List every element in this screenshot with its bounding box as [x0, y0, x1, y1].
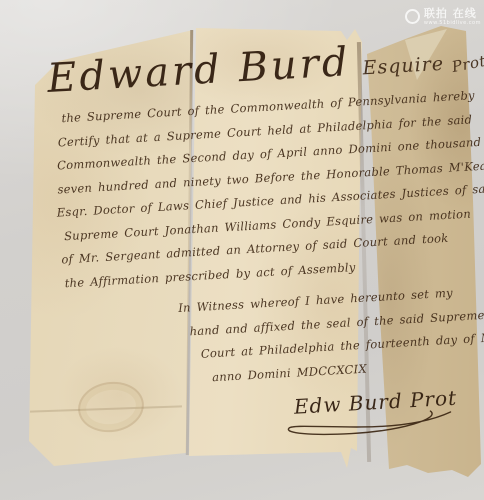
- signature: Edw Burd Prot: [293, 385, 464, 418]
- manuscript-text: Edward Burd Esquire Prothonotary of the …: [46, 33, 480, 432]
- body-paragraph: the Supreme Court of the Commonwealth of…: [49, 85, 473, 296]
- watermark-url-text: www.51bidlive.com: [424, 21, 481, 26]
- watermark: 联拍 在线 www.51bidlive.com: [405, 8, 481, 26]
- photo-of-manuscript: Edward Burd Esquire Prothonotary of the …: [0, 0, 484, 500]
- heading-name-first: Edward: [46, 46, 224, 102]
- watermark-cjk-text: 联拍 在线: [424, 8, 481, 19]
- watermark-logo-icon: [405, 9, 420, 24]
- witness-paragraph: In Witness whereof I have hereunto set m…: [60, 281, 479, 398]
- heading-name-last: Burd: [237, 39, 351, 91]
- watermark-text-group: 联拍 在线 www.51bidlive.com: [424, 8, 481, 26]
- heading-office: Prothonotary of: [450, 34, 484, 76]
- heading-title: Esquire: [362, 53, 445, 80]
